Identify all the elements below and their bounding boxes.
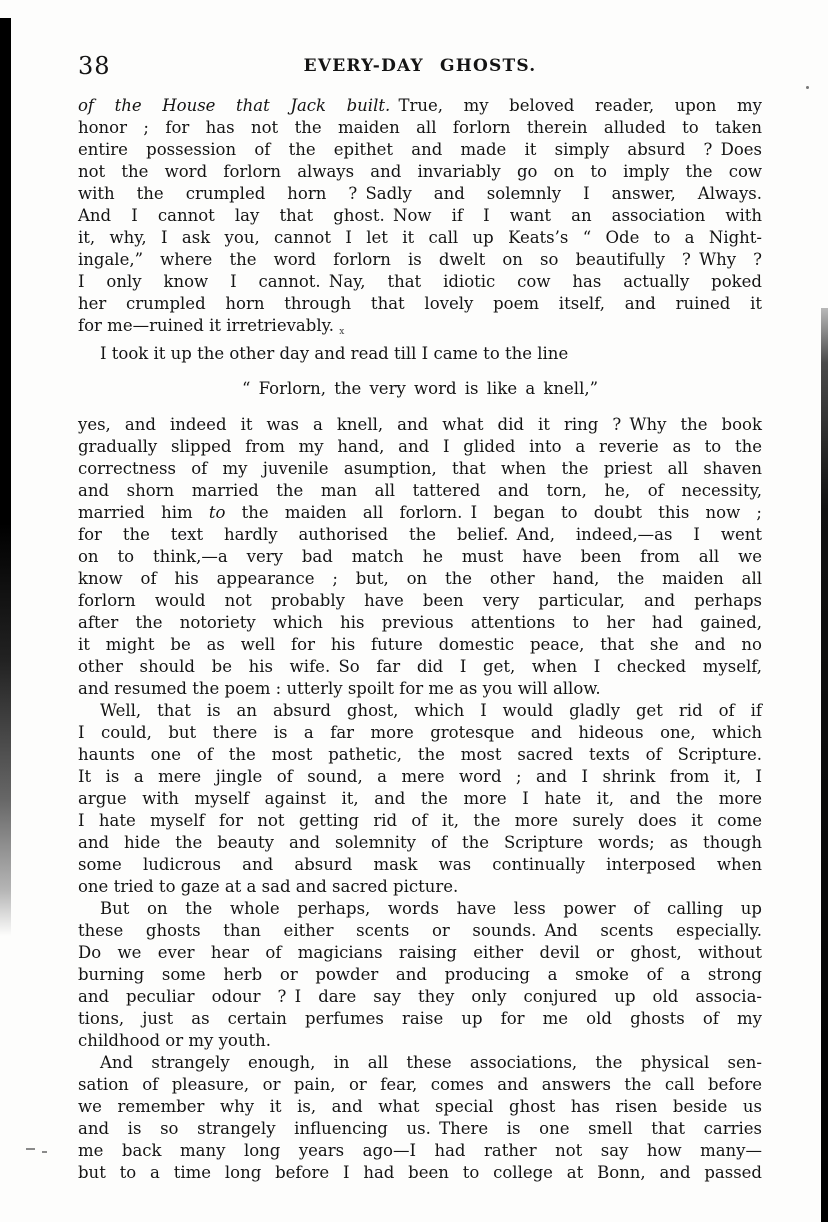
book-page: 38 EVERY-DAY GHOSTS. of the House that J… [0, 0, 828, 1222]
paragraph: But on the whole perhaps, words have les… [78, 898, 762, 1052]
text-line: ingale,” where the word forlorn is dwelt… [78, 249, 762, 271]
text-line: And I cannot lay that ghost. Now if I wa… [78, 205, 762, 227]
text-line: entire possession of the epithet and mad… [78, 139, 762, 161]
text-line: Well, that is an absurd ghost, which I w… [78, 700, 762, 722]
text-line: know of his appearance ; but, on the oth… [78, 568, 762, 590]
page-text: of the House that Jack built. True, my b… [78, 95, 762, 1184]
paragraph: yes, and indeed it was a knell, and what… [78, 414, 762, 700]
text-line: after the notoriety which his previous a… [78, 612, 762, 634]
scan-edge-right [821, 308, 828, 1222]
text-line: and resumed the poem : utterly spoilt fo… [78, 678, 762, 700]
text-line: with the crumpled horn ? Sadly and solem… [78, 183, 762, 205]
printer-mark: x [339, 327, 344, 337]
text-line: some ludicrous and absurd mask was conti… [78, 854, 762, 876]
text-line: and is so strangely influencing us. Ther… [78, 1118, 762, 1140]
text-line: and shorn married the man all tattered a… [78, 480, 762, 502]
text-line: of the House that Jack built. True, my b… [78, 95, 762, 117]
text-line: correctness of my juvenile asumption, th… [78, 458, 762, 480]
text-line: gradually slipped from my hand, and I gl… [78, 436, 762, 458]
paragraph: And strangely enough, in all these assoc… [78, 1052, 762, 1184]
text-line: I hate myself for not getting rid of it,… [78, 810, 762, 832]
text-line: one tried to gaze at a sad and sacred pi… [78, 876, 762, 898]
text-line: we remember why it is, and what special … [78, 1096, 762, 1118]
text-line: it might be as well for his future domes… [78, 634, 762, 656]
paragraph: Well, that is an absurd ghost, which I w… [78, 700, 762, 898]
text-line: And strangely enough, in all these assoc… [78, 1052, 762, 1074]
verse-quote: “ Forlorn, the very word is like a knell… [78, 378, 762, 400]
text-line: married him to the maiden all forlorn. I… [78, 502, 762, 524]
text-line: But on the whole perhaps, words have les… [78, 898, 762, 920]
scan-speck [26, 1148, 35, 1150]
text-line: on to think,—a very bad match he must ha… [78, 546, 762, 568]
text-line: it, why, I ask you, cannot I let it call… [78, 227, 762, 249]
text-line: yes, and indeed it was a knell, and what… [78, 414, 762, 436]
text-line: for me—ruined it irretrievably. x [78, 315, 762, 343]
text-line: these ghosts than either scents or sound… [78, 920, 762, 942]
text-line: It is a mere jingle of sound, a mere wor… [78, 766, 762, 788]
text-line: tions, just as certain perfumes raise up… [78, 1008, 762, 1030]
text-line: forlorn would not probably have been ver… [78, 590, 762, 612]
text-line: argue with myself against it, and the mo… [78, 788, 762, 810]
text-line: burning some herb or powder and producin… [78, 964, 762, 986]
paragraph: of the House that Jack built. True, my b… [78, 95, 762, 343]
text-line: childhood or my youth. [78, 1030, 762, 1052]
text-line: her crumpled horn through that lovely po… [78, 293, 762, 315]
text-line: not the word forlorn always and invariab… [78, 161, 762, 183]
text-line: haunts one of the most pathetic, the mos… [78, 744, 762, 766]
text-line: and peculiar odour ? I dare say they onl… [78, 986, 762, 1008]
scan-edge-left [0, 18, 11, 936]
scan-speck [42, 1151, 47, 1153]
running-head: 38 EVERY-DAY GHOSTS. [78, 52, 762, 86]
text-line: honor ; for has not the maiden all forlo… [78, 117, 762, 139]
text-line: sation of pleasure, or pain, or fear, co… [78, 1074, 762, 1096]
text-line: I only know I cannot. Nay, that idiotic … [78, 271, 762, 293]
text-line: I could, but there is a far more grotesq… [78, 722, 762, 744]
text-line: other should be his wife. So far did I g… [78, 656, 762, 678]
page-header-title: EVERY-DAY GHOSTS. [78, 56, 762, 76]
scan-speck [806, 86, 809, 89]
text-line: I took it up the other day and read till… [78, 343, 762, 365]
text-line: and hide the beauty and solemnity of the… [78, 832, 762, 854]
text-line: Do we ever hear of magicians raising eit… [78, 942, 762, 964]
text-line: for the text hardly authorised the belie… [78, 524, 762, 546]
text-line: me back many long years ago—I had rather… [78, 1140, 762, 1162]
text-line: “ Forlorn, the very word is like a knell… [78, 378, 762, 400]
text-line: but to a time long before I had been to … [78, 1162, 762, 1184]
paragraph: I took it up the other day and read till… [78, 343, 762, 365]
